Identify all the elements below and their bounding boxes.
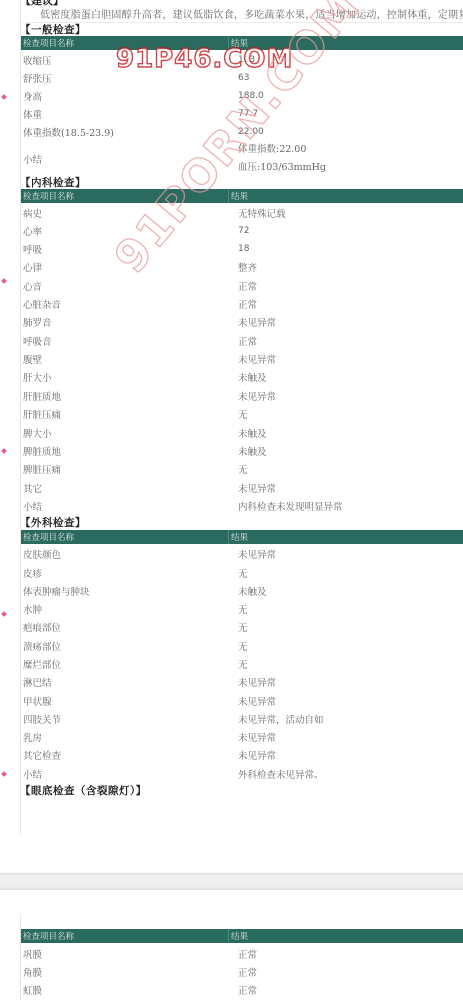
table-row: 小结外科检查未见异常。 <box>21 765 463 783</box>
table-row: 心脏杂音正常 <box>21 295 463 313</box>
side-logo-icon <box>2 448 20 460</box>
side-logo-icon <box>2 611 20 623</box>
table-header: 检查项目名称 结果 <box>21 189 463 203</box>
side-logo-icon <box>2 94 20 106</box>
table-row: 糜烂部位无 <box>21 655 463 673</box>
table-row: 疤痕部位无 <box>21 618 463 636</box>
side-logo-icon <box>2 771 20 783</box>
table-row: 水肿无 <box>21 600 463 618</box>
table-row: 溃疡部位无 <box>21 637 463 655</box>
table-row: 肝脏压痛无 <box>21 405 463 423</box>
side-logo-icon <box>2 278 20 290</box>
page-separator <box>0 873 463 890</box>
section-title-fundus: 【眼底检查（含裂隙灯）】 <box>20 783 147 798</box>
table-row: 呼吸18 <box>21 240 463 258</box>
table-row: 角膜正常 <box>21 963 463 981</box>
table-row: 虹膜正常 <box>21 981 463 999</box>
table-header: 检查项目名称 结果 <box>21 530 463 544</box>
table-row: 其它检查未见异常 <box>21 746 463 764</box>
table-row: 腹壁未见异常 <box>21 350 463 368</box>
table-row: 皮肤颜色未见异常 <box>21 545 463 563</box>
table-row: 皮疹无 <box>21 564 463 582</box>
table-row: 心律整齐 <box>21 258 463 276</box>
section-title-surgical: 【外科检查】 <box>20 515 86 530</box>
table-row: 脾脏质地未触及 <box>21 442 463 460</box>
advice-text: 低密度脂蛋白胆固醇升高者，建议低脂饮食，多吃蔬菜水果，适当增加运动，控制体重，定… <box>20 6 463 23</box>
table-row: 淋巴结未见异常 <box>21 673 463 691</box>
table-row: 心音正常 <box>21 277 463 295</box>
section-title-general: 【一般检查】 <box>20 22 86 37</box>
table-row: 肝脏质地未见异常 <box>21 387 463 405</box>
table-row: 病史无特殊记载 <box>21 204 463 222</box>
table-row: 乳房未见异常 <box>21 728 463 746</box>
table-row: 呼吸音正常 <box>21 332 463 350</box>
table-row: 肝大小未触及 <box>21 368 463 386</box>
table-row: 脾脏压痛无 <box>21 460 463 478</box>
table-row: 脾大小未触及 <box>21 424 463 442</box>
table-row: 肺罗音未见异常 <box>21 313 463 331</box>
section-title-internal: 【内科检查】 <box>20 175 86 190</box>
table-row: 巩膜正常 <box>21 945 463 963</box>
table-row: 四肢关节未见异常，活动自如 <box>21 710 463 728</box>
table-row: 其它未见异常 <box>21 479 463 497</box>
table-header: 检查项目名称 结果 <box>21 929 463 943</box>
table-row: 小结内科检查未发现明显异常 <box>21 497 463 515</box>
table-row: 甲状腺未见异常 <box>21 692 463 710</box>
table-row: 体表肿瘤与肿块未触及 <box>21 582 463 600</box>
table-row: 心率72 <box>21 222 463 240</box>
